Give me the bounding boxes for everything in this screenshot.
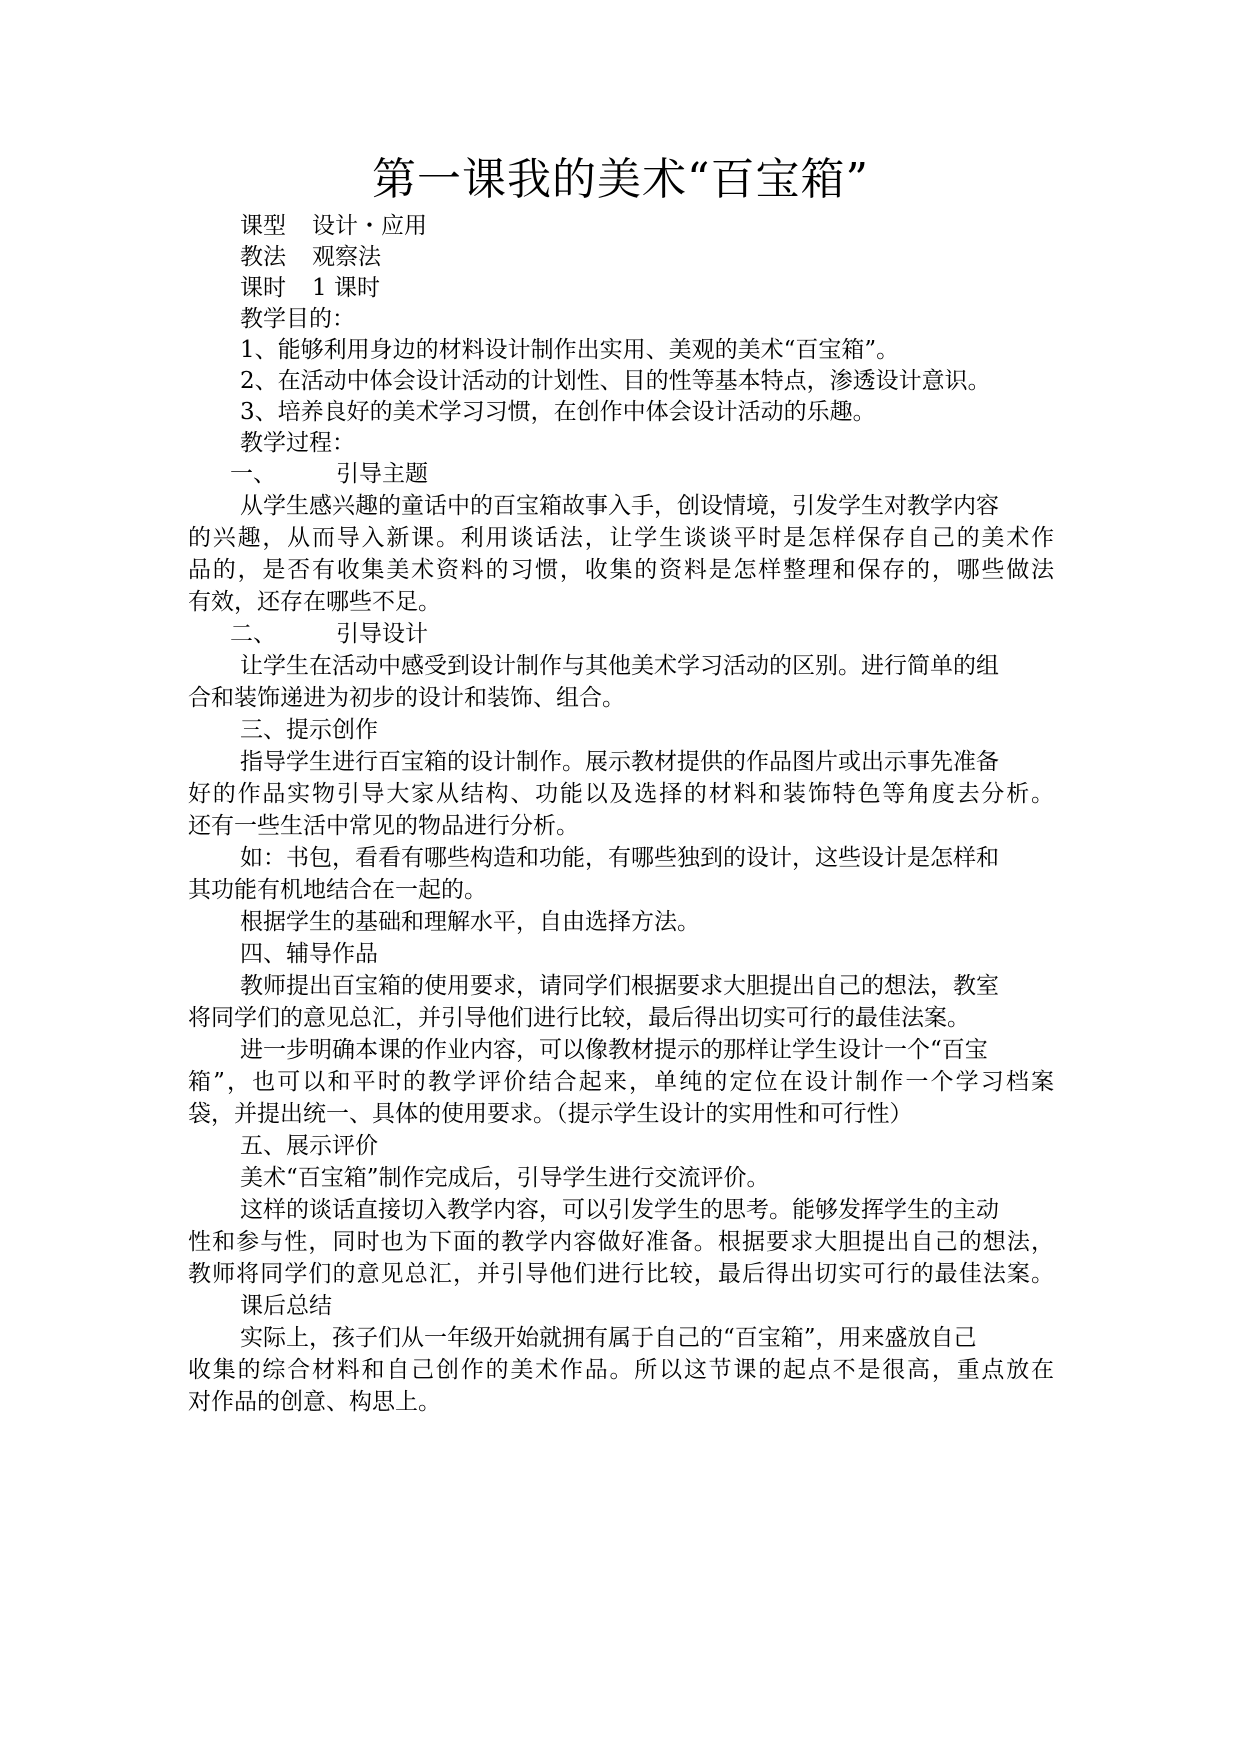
meta-class-hours: 课时1 课时 (240, 272, 380, 304)
section-heading: 五、展示评价 (240, 1130, 378, 1162)
objective-item: 2、在活动中体会设计活动的计划性、目的性等基本特点，渗透设计意识。 (240, 365, 991, 397)
paragraph-line: 如：书包，看看有哪些构造和功能，有哪些独到的设计，这些设计是怎样和 (240, 842, 999, 874)
section-number: 四、 (240, 941, 286, 967)
meta-label: 教法 (240, 244, 286, 270)
meta-lesson-type: 课型设计・应用 (240, 210, 427, 242)
meta-label: 课型 (240, 213, 286, 239)
section-heading: 一、引导主题 (230, 458, 428, 490)
paragraph-line: 的兴趣，从而导入新课。利用谈话法，让学生谈谈平时是怎样保存自己的美术作 (188, 522, 1054, 554)
meta-teaching-method: 教法观察法 (240, 241, 381, 273)
paragraph-line: 好的作品实物引导大家从结构、功能以及选择的材料和装饰特色等角度去分析。 (188, 778, 1054, 810)
process-heading: 教学过程： (240, 427, 355, 459)
meta-value: 观察法 (312, 244, 381, 270)
objective-item: 3、培养良好的美术学习习惯，在创作中体会设计活动的乐趣。 (240, 396, 876, 428)
document-title: 第一课我的美术“百宝箱” (0, 150, 1241, 210)
paragraph-line: 有效，还存在哪些不足。 (188, 586, 1054, 618)
paragraph-line: 教师提出百宝箱的使用要求，请同学们根据要求大胆提出自己的想法，教室 (240, 970, 999, 1002)
section-number: 五、 (240, 1133, 286, 1159)
meta-value: 设计・应用 (312, 213, 427, 239)
paragraph-line: 指导学生进行百宝箱的设计制作。展示教材提供的作品图片或出示事先准备 (240, 746, 999, 778)
paragraph-line: 根据学生的基础和理解水平，自由选择方法。 (240, 906, 700, 938)
paragraph-line: 进一步明确本课的作业内容，可以像教材提示的那样让学生设计一个“百宝 (240, 1034, 988, 1066)
section-title: 引导主题 (336, 461, 428, 487)
paragraph-line: 品的，是否有收集美术资料的习惯，收集的资料是怎样整理和保存的，哪些做法 (188, 554, 1054, 586)
paragraph-line: 还有一些生活中常见的物品进行分析。 (188, 810, 1054, 842)
paragraph-line: 美术“百宝箱”制作完成后，引导学生进行交流评价。 (240, 1162, 770, 1194)
section-title: 辅导作品 (286, 941, 378, 967)
paragraph-line: 合和装饰递进为初步的设计和装饰、组合。 (188, 682, 1054, 714)
summary-heading: 课后总结 (240, 1290, 332, 1322)
objectives-heading: 教学目的： (240, 303, 355, 335)
section-number: 一、 (230, 461, 276, 487)
objective-item: 1、能够利用身边的材料设计制作出实用、美观的美术“百宝箱”。 (240, 334, 899, 366)
paragraph-line: 箱”，也可以和平时的教学评价结合起来，单纯的定位在设计制作一个学习档案 (188, 1066, 1054, 1098)
section-title: 提示创作 (286, 717, 378, 743)
paragraph-line: 性和参与性，同时也为下面的教学内容做好准备。根据要求大胆提出自己的想法， (188, 1226, 1054, 1258)
paragraph-line: 收集的综合材料和自己创作的美术作品。所以这节课的起点不是很高，重点放在 (188, 1354, 1054, 1386)
section-heading: 四、辅导作品 (240, 938, 378, 970)
meta-value: 1 课时 (312, 275, 380, 301)
section-number: 三、 (240, 717, 286, 743)
paragraph-line: 对作品的创意、构思上。 (188, 1386, 1054, 1418)
paragraph-line: 实际上，孩子们从一年级开始就拥有属于自己的“百宝箱”，用来盛放自己 (240, 1322, 977, 1354)
paragraph-line: 这样的谈话直接切入教学内容，可以引发学生的思考。能够发挥学生的主动 (240, 1194, 999, 1226)
section-heading: 二、引导设计 (230, 618, 428, 650)
paragraph-line: 袋，并提出统一、具体的使用要求。（提示学生设计的实用性和可行性） (188, 1098, 1054, 1130)
section-title: 展示评价 (286, 1133, 378, 1159)
section-heading: 三、提示创作 (240, 714, 378, 746)
document-page: 第一课我的美术“百宝箱” 课型设计・应用 教法观察法 课时1 课时 教学目的： … (0, 0, 1241, 1754)
paragraph-line: 从学生感兴趣的童话中的百宝箱故事入手，创设情境，引发学生对教学内容 (240, 490, 999, 522)
paragraph-line: 其功能有机地结合在一起的。 (188, 874, 1054, 906)
section-title: 引导设计 (336, 621, 428, 647)
meta-label: 课时 (240, 275, 286, 301)
paragraph-line: 教师将同学们的意见总汇，并引导他们进行比较，最后得出切实可行的最佳法案。 (188, 1258, 1054, 1290)
paragraph-line: 将同学们的意见总汇，并引导他们进行比较，最后得出切实可行的最佳法案。 (188, 1002, 1054, 1034)
paragraph-line: 让学生在活动中感受到设计制作与其他美术学习活动的区别。进行简单的组 (240, 650, 999, 682)
section-number: 二、 (230, 621, 276, 647)
